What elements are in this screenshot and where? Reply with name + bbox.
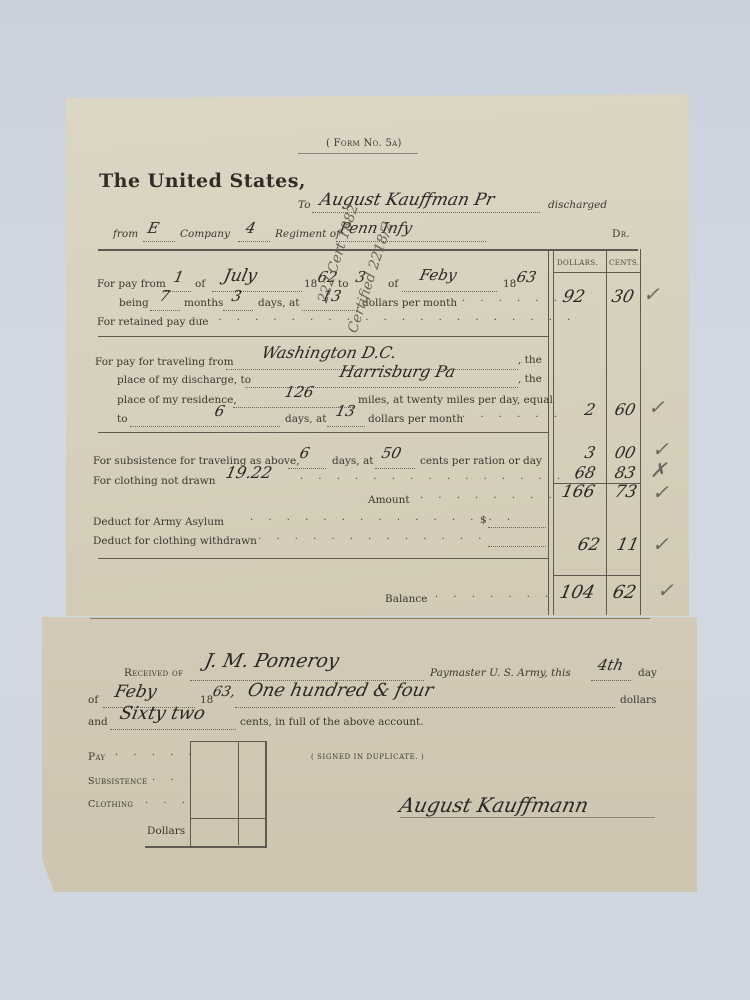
form-number: ( Form No. 5a) [326, 138, 402, 149]
months-label: months [184, 297, 223, 309]
clothing-withdrawn-field [488, 532, 546, 547]
dollars-box-label: Dollars [147, 825, 185, 837]
subsistence-cents-label: cents per ration or day [420, 455, 542, 467]
being-label: being [119, 297, 149, 309]
cross-mark-icon: ✗ [650, 458, 667, 482]
leader-dots: · · · · · · [462, 412, 563, 423]
miles-value: 126 [283, 383, 315, 401]
clothing-box-label: Clothing [88, 799, 133, 810]
days-label: days, at [258, 297, 299, 309]
pay-to-year: 63 [515, 268, 538, 286]
regiment-label: Regiment of [275, 228, 340, 240]
clothing-not-drawn-label: For clothing not drawn [93, 475, 216, 487]
discharge-place-label: place of my discharge, to [117, 374, 251, 386]
travel-rate-label: dollars per month [368, 413, 463, 425]
receipt-of-label: of [88, 694, 98, 706]
column-header-rule [553, 272, 640, 273]
discharged-label: discharged [548, 199, 607, 211]
from-label: from [113, 228, 138, 240]
travel-rate-value: 13 [334, 402, 357, 420]
column-divider-right [640, 249, 641, 615]
balance-dollars: 104 [558, 582, 597, 603]
travel-days-to-label: to [117, 413, 128, 425]
amount-cents: 73 [613, 482, 639, 502]
checkmark-icon: ✓ [652, 480, 669, 504]
pay-to-month: Feby [418, 266, 458, 284]
paymaster-name: J. M. Pomeroy [203, 650, 341, 672]
summary-box-base-rule [145, 846, 267, 848]
retained-pay-label: For retained pay due [97, 316, 208, 328]
month-value: Feby [113, 682, 159, 702]
deduction-cents: 11 [615, 535, 641, 555]
pay-of-label: of [195, 278, 205, 290]
balance-rule [553, 575, 640, 576]
dollars-column-header: DOLLARS. [557, 259, 598, 267]
checkmark-icon: ✓ [657, 578, 674, 602]
travel-to-value: Harrisburg Pa [338, 362, 457, 381]
dollars-words: One hundred & four [246, 680, 435, 701]
clothing-withdrawn-label: Deduct for clothing withdrawn [93, 535, 257, 547]
subsistence-cents: 00 [613, 443, 637, 462]
pay-to-of-label: of [388, 278, 398, 290]
cents-label: cents, in full of the above account. [240, 716, 424, 728]
pay-label: Pay [88, 751, 105, 763]
signature-stroke [400, 817, 655, 818]
the-label: , the [518, 354, 542, 366]
travel-from-value: Washington D.C. [260, 343, 398, 362]
amount-dollars: 166 [560, 482, 597, 502]
paymaster-label: Paymaster U. S. Army, this [430, 667, 571, 679]
leader-dots: · · · · · · · · · · · · · [258, 534, 487, 545]
summary-box-total-rule [191, 818, 265, 819]
balance-label: Balance [385, 593, 427, 605]
checkmark-icon: ✓ [648, 395, 665, 419]
travel-days-label: days, at [285, 413, 326, 425]
checkmark-icon: ✓ [652, 532, 669, 556]
asylum-currency: $ [480, 514, 487, 526]
miles-label: miles, at twenty miles per day, equal [358, 394, 553, 406]
rate-label: dollars per month [362, 297, 457, 309]
table-top-rule [98, 249, 638, 251]
clothing-cents: 83 [613, 463, 637, 482]
leader-dots: · · · [145, 798, 191, 809]
leader-dots: · · · · · · [462, 296, 563, 307]
clothing-dollars: 68 [573, 463, 597, 482]
dr-label: Dr. [612, 228, 630, 240]
leader-dots: · · · · · [115, 750, 198, 761]
dollars-label: dollars [620, 694, 656, 706]
cents-column-header: CENTS. [609, 259, 639, 267]
day-value: 4th [596, 656, 625, 674]
summary-box-divider [238, 742, 239, 845]
leader-dots: · · · · · · · · · · · · · · · · [300, 474, 585, 485]
and-label: and [88, 716, 108, 728]
signed-in-duplicate-note: ( SIGNED IN DUPLICATE. ) [311, 753, 424, 761]
received-of-label: Received of [124, 667, 183, 679]
deduction-dollars: 62 [576, 535, 602, 555]
amount-label: Amount [368, 494, 410, 506]
cents-words: Sixty two [118, 703, 207, 724]
form-number-rule [298, 153, 418, 154]
pay-from-label: For pay from [97, 278, 166, 290]
travel-from-label: For pay for traveling from [95, 356, 234, 368]
fold-line [90, 618, 650, 619]
subsistence-box-label: Subsistence [88, 776, 148, 787]
day-label: day [638, 667, 657, 679]
column-divider-middle [606, 249, 607, 615]
subsistence-days-label: days, at [332, 455, 373, 467]
subsistence-cents-value: 50 [380, 444, 403, 462]
company-label: Company [180, 228, 230, 240]
asylum-amount-field [488, 513, 546, 528]
year-value: 63, [211, 684, 237, 700]
signature: August Kauffmann [397, 793, 590, 817]
pay-dollars: 92 [561, 287, 587, 307]
leader-dots: · · · · · · · · · · · · · · · · · · · · … [200, 315, 576, 326]
leader-dots: · · · · · · · · [435, 592, 573, 603]
section-rule [98, 432, 548, 433]
to-label: To [298, 199, 311, 211]
summary-box [190, 741, 267, 848]
army-asylum-label: Deduct for Army Asylum [93, 516, 224, 528]
travel-cents: 60 [613, 400, 637, 419]
balance-cents: 62 [611, 582, 638, 603]
section-rule [98, 336, 548, 337]
leader-dots: · · · · · · · · · · · · · · · [250, 515, 516, 526]
travel-days-field [130, 412, 280, 427]
section-rule [98, 558, 548, 559]
clothing-note: 19.22 [224, 463, 274, 482]
leader-dots: · · · · · · · · [420, 493, 558, 504]
pay-from-month: July [222, 266, 259, 286]
form-title: The United States, [99, 170, 306, 192]
checkmark-icon: ✓ [643, 282, 660, 306]
the-label: , the [518, 373, 542, 385]
pay-cents: 30 [610, 287, 636, 307]
